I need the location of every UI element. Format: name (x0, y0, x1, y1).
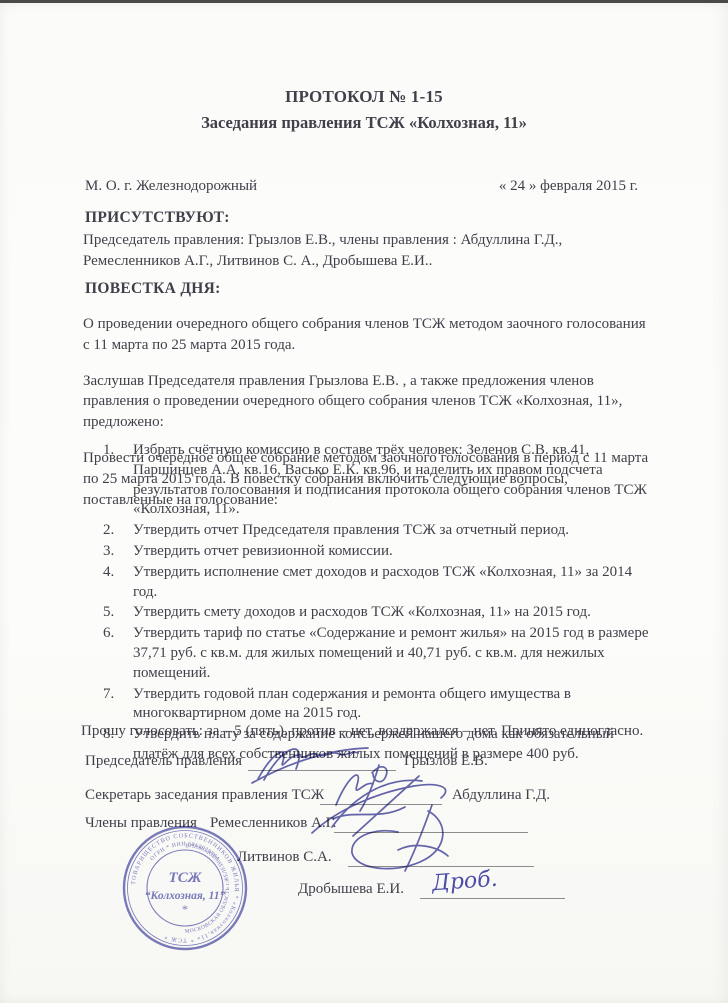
agenda-item-number: 1. (103, 441, 133, 520)
signature-name: Дробышева Е.И. (298, 881, 404, 898)
agenda-list: 1. Избрать счётную комиссию в составе тр… (103, 441, 651, 766)
present-paragraph: Председатель правления: Грызлов Е.В., чл… (83, 230, 655, 272)
signature-line (334, 815, 528, 833)
signature-line (348, 849, 534, 867)
agenda-heading: ПОВЕСТКА ДНЯ: (85, 280, 221, 298)
signature-label: Секретарь заседания правления ТСЖ (85, 787, 324, 804)
signature-name: Абдуллина Г.Д. (452, 787, 550, 804)
round-stamp-seal: ТОВАРИЩЕСТВО СОБСТВЕННИКОВ ЖИЛЬЯ * «Колх… (121, 824, 249, 952)
signature-name: Грызлов Е.В. (404, 753, 488, 770)
agenda-list-item: 4. Утвердить исполнение смет доходов и р… (103, 563, 651, 603)
agenda-list-item: 5. Утвердить смету доходов и расходов ТС… (103, 603, 651, 623)
signature-row-member-3: Дробышева Е.И. Дроб. (0, 881, 728, 905)
agenda-item-number: 5. (103, 603, 133, 623)
signature-row-secretary: Секретарь заседания правления ТСЖ Абдулл… (0, 787, 728, 811)
agenda-item-text: Избрать счётную комиссию в составе трёх … (133, 441, 651, 520)
agenda-list-item: 2. Утвердить отчет Председателя правлени… (103, 521, 651, 541)
signature-line (320, 787, 442, 805)
agenda-item-number: 4. (103, 563, 133, 603)
document-subtitle: Заседания правления ТСЖ «Колхозная, 11» (0, 113, 728, 133)
signature-name: Литвинов С.А. (237, 849, 332, 866)
agenda-intro-paragraph-1: О проведении очередного общего собрания … (83, 314, 655, 356)
agenda-intro-paragraph-2: Заслушав Председателя правления Грызлова… (83, 371, 655, 433)
place-text: М. О. г. Железнодорожный (85, 178, 257, 195)
agenda-item-text: Утвердить годовой план содержания и ремо… (133, 685, 651, 725)
stamp-center-name: “Колхозная, 11” (145, 890, 226, 902)
place-date-row: М. О. г. Железнодорожный « 24 » февраля … (85, 178, 638, 195)
agenda-list-item: 1. Избрать счётную комиссию в составе тр… (103, 441, 651, 520)
vote-result-line: Прошу голосовать: за – 5 (пять), против … (81, 723, 643, 740)
agenda-list-item: 3. Утвердить отчет ревизионной комиссии. (103, 542, 651, 562)
signature-row-chairman: Председатель правления Грызлов Е.В. (0, 753, 728, 777)
signature-row-member-2: Литвинов С.А. (0, 849, 728, 873)
agenda-item-text: Утвердить смету доходов и расходов ТСЖ «… (133, 603, 651, 623)
signature-row-member-1: Члены правления Ремесленников А.Г. (0, 815, 728, 839)
agenda-item-text: Утвердить исполнение смет доходов и расх… (133, 563, 651, 603)
document-title: ПРОТОКОЛ № 1-15 (0, 87, 728, 107)
signature-label: Председатель правления (85, 753, 242, 770)
agenda-item-text: Утвердить тариф по статье «Содержание и … (133, 624, 651, 683)
agenda-item-text: Утвердить отчет Председателя правления Т… (133, 521, 651, 541)
present-heading: ПРИСУТСТВУЮТ: (85, 209, 230, 227)
agenda-item-text: Утвердить отчет ревизионной комиссии. (133, 542, 651, 562)
agenda-list-item: 7. Утвердить годовой план содержания и р… (103, 685, 651, 725)
scanned-document-page: ПРОТОКОЛ № 1-15 Заседания правления ТСЖ … (0, 0, 728, 1003)
stamp-center-org: ТСЖ (169, 870, 203, 886)
handwritten-signature-drobysheva: Дроб. (431, 867, 498, 897)
signature-line (248, 753, 396, 771)
agenda-item-number: 7. (103, 685, 133, 725)
agenda-list-item: 6. Утвердить тариф по статье «Содержание… (103, 624, 651, 683)
date-text: « 24 » февраля 2015 г. (499, 178, 638, 195)
agenda-item-number: 3. (103, 542, 133, 562)
agenda-item-number: 6. (103, 624, 133, 683)
stamp-center-star: * (182, 902, 188, 916)
agenda-item-number: 2. (103, 521, 133, 541)
